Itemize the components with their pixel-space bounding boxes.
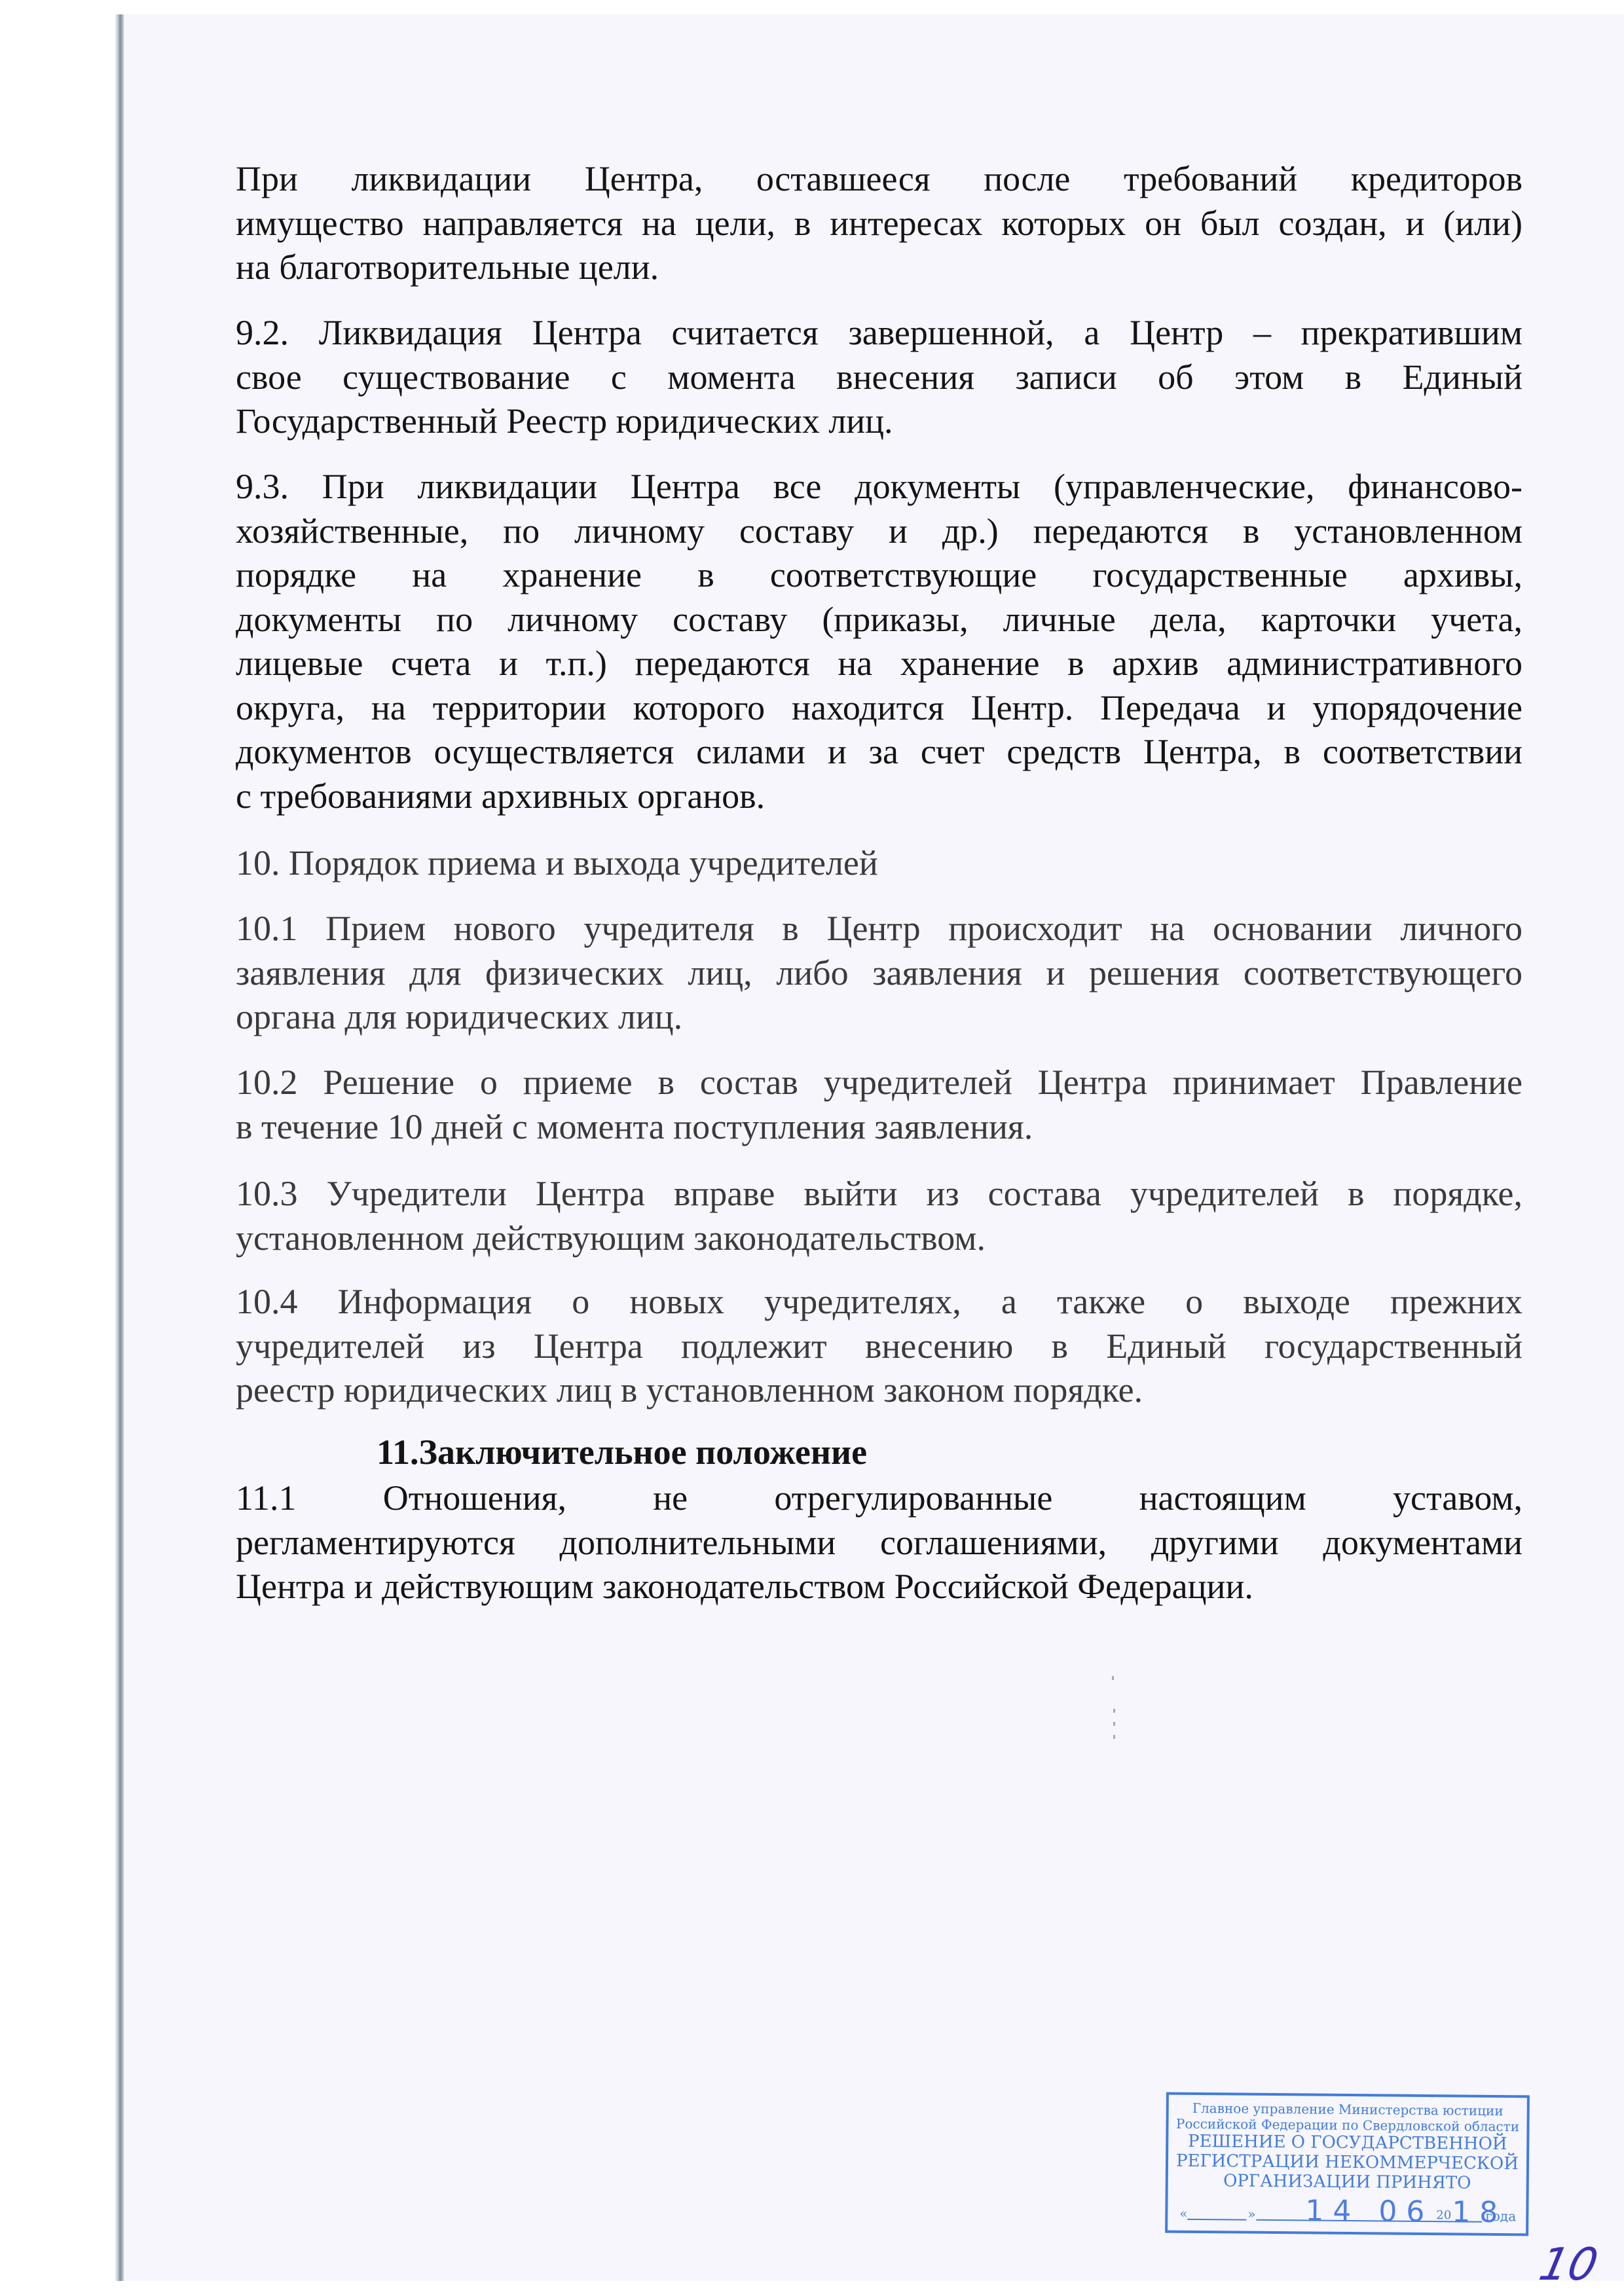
text-line: учредителей из Центра подлежит внесению … [236, 1324, 1522, 1369]
text-line: 10.3 Учредители Центра вправе выйти из с… [236, 1172, 1522, 1216]
text-line: установленном действующим законодательст… [236, 1216, 1522, 1261]
stamp-quote-close: » [1247, 2206, 1255, 2222]
scan-speck [1112, 1676, 1114, 1680]
text-line: свое существование с момента внесения за… [236, 355, 1522, 400]
paragraph-9-3: 9.3. При ликвидации Центра все документы… [236, 465, 1522, 818]
scan-speck [1113, 1722, 1115, 1726]
text-line: заявления для физических лиц, либо заявл… [236, 951, 1522, 996]
text-line: 10.4 Информация о новых учредителях, а т… [236, 1280, 1522, 1324]
text-line: документы по личному составу (приказы, л… [236, 598, 1522, 642]
text-line: Государственный Реестр юридических лиц. [236, 399, 1522, 444]
stamp-line-decision: РЕШЕНИЕ О ГОСУДАРСТВЕННОЙ [1168, 2132, 1526, 2155]
section-11-heading: 11.Заключительное положение [377, 1430, 1162, 1475]
paragraph-9-1-continuation: При ликвидации Центра, оставшееся после … [236, 157, 1522, 290]
paragraph-10-4: 10.4 Информация о новых учредителях, а т… [236, 1280, 1522, 1413]
stamp-year-blank [1452, 2221, 1482, 2222]
text-line: 9.3. При ликвидации Центра все документы… [236, 465, 1522, 509]
text-line: в течение 10 дней с момента поступления … [236, 1105, 1522, 1150]
scan-speck [1113, 1709, 1115, 1713]
text-line: лицевые счета и т.п.) передаются на хран… [236, 642, 1522, 686]
text-line: органа для юридических лиц. [236, 995, 1522, 1040]
stamp-day-blank [1187, 2219, 1246, 2221]
stamp-year-prefix: 20 [1436, 2208, 1451, 2222]
paragraph-9-2: 9.2. Ликвидация Центра считается заверше… [236, 311, 1522, 444]
stamp-date-row: « » 14 06 18 20 года [1174, 2198, 1521, 2230]
paragraph-10-2: 10.2 Решение о приеме в состав учредител… [236, 1061, 1522, 1149]
stamp-line-registration: РЕГИСТРАЦИИ НЕКОММЕРЧЕСКОЙ [1168, 2151, 1526, 2174]
text-line: регламентируются дополнительными соглаше… [236, 1521, 1522, 1565]
text-line: имущество направляется на цели, в интере… [236, 202, 1522, 246]
registration-stamp: Главное управление Министерства юстиции … [1165, 2092, 1530, 2236]
text-line: округа, на территории которого находится… [236, 686, 1522, 731]
scan-speck [1113, 1735, 1115, 1739]
text-line: документов осуществляется силами и за сч… [236, 730, 1522, 774]
stamp-date-value: 14 06 18 [1305, 2194, 1507, 2229]
section-heading: 10. Порядок приема и выхода учредителей [236, 841, 1522, 886]
scan-margin [0, 0, 121, 2296]
text-line: 9.2. Ликвидация Центра считается заверше… [236, 311, 1522, 355]
paragraph-10-3: 10.3 Учредители Центра вправе выйти из с… [236, 1172, 1522, 1260]
text-line: на благотворительные цели. [236, 246, 1522, 290]
section-heading: 11.Заключительное положение [377, 1430, 1162, 1475]
text-line: 10.2 Решение о приеме в состав учредител… [236, 1061, 1522, 1105]
paragraph-10-1: 10.1 Прием нового учредителя в Центр про… [236, 907, 1522, 1040]
text-line: порядке на хранение в соответствующие го… [236, 553, 1522, 598]
text-line: Центра и действующим законодательством Р… [236, 1565, 1522, 1609]
text-line: хозяйственные, по личному составу и др.)… [236, 509, 1522, 554]
text-line: При ликвидации Центра, оставшееся после … [236, 157, 1522, 202]
stamp-quote-open: « [1179, 2206, 1187, 2221]
text-line: 10.1 Прием нового учредителя в Центр про… [236, 907, 1522, 951]
page-edge-shadow [115, 14, 124, 2281]
text-line: 11.1 Отношения, не отрегулированные наст… [236, 1476, 1522, 1521]
handwritten-page-number: 10 [1535, 2239, 1602, 2291]
text-line: с требованиями архивных органов. [236, 774, 1522, 819]
stamp-line-accepted: ОРГАНИЗАЦИИ ПРИНЯТО [1168, 2171, 1526, 2194]
text-line: реестр юридических лиц в установленном з… [236, 1368, 1522, 1413]
section-10-heading: 10. Порядок приема и выхода учредителей [236, 841, 1522, 886]
paragraph-11-1: 11.1 Отношения, не отрегулированные наст… [236, 1476, 1522, 1609]
stamp-year-suffix: года [1485, 2208, 1516, 2224]
